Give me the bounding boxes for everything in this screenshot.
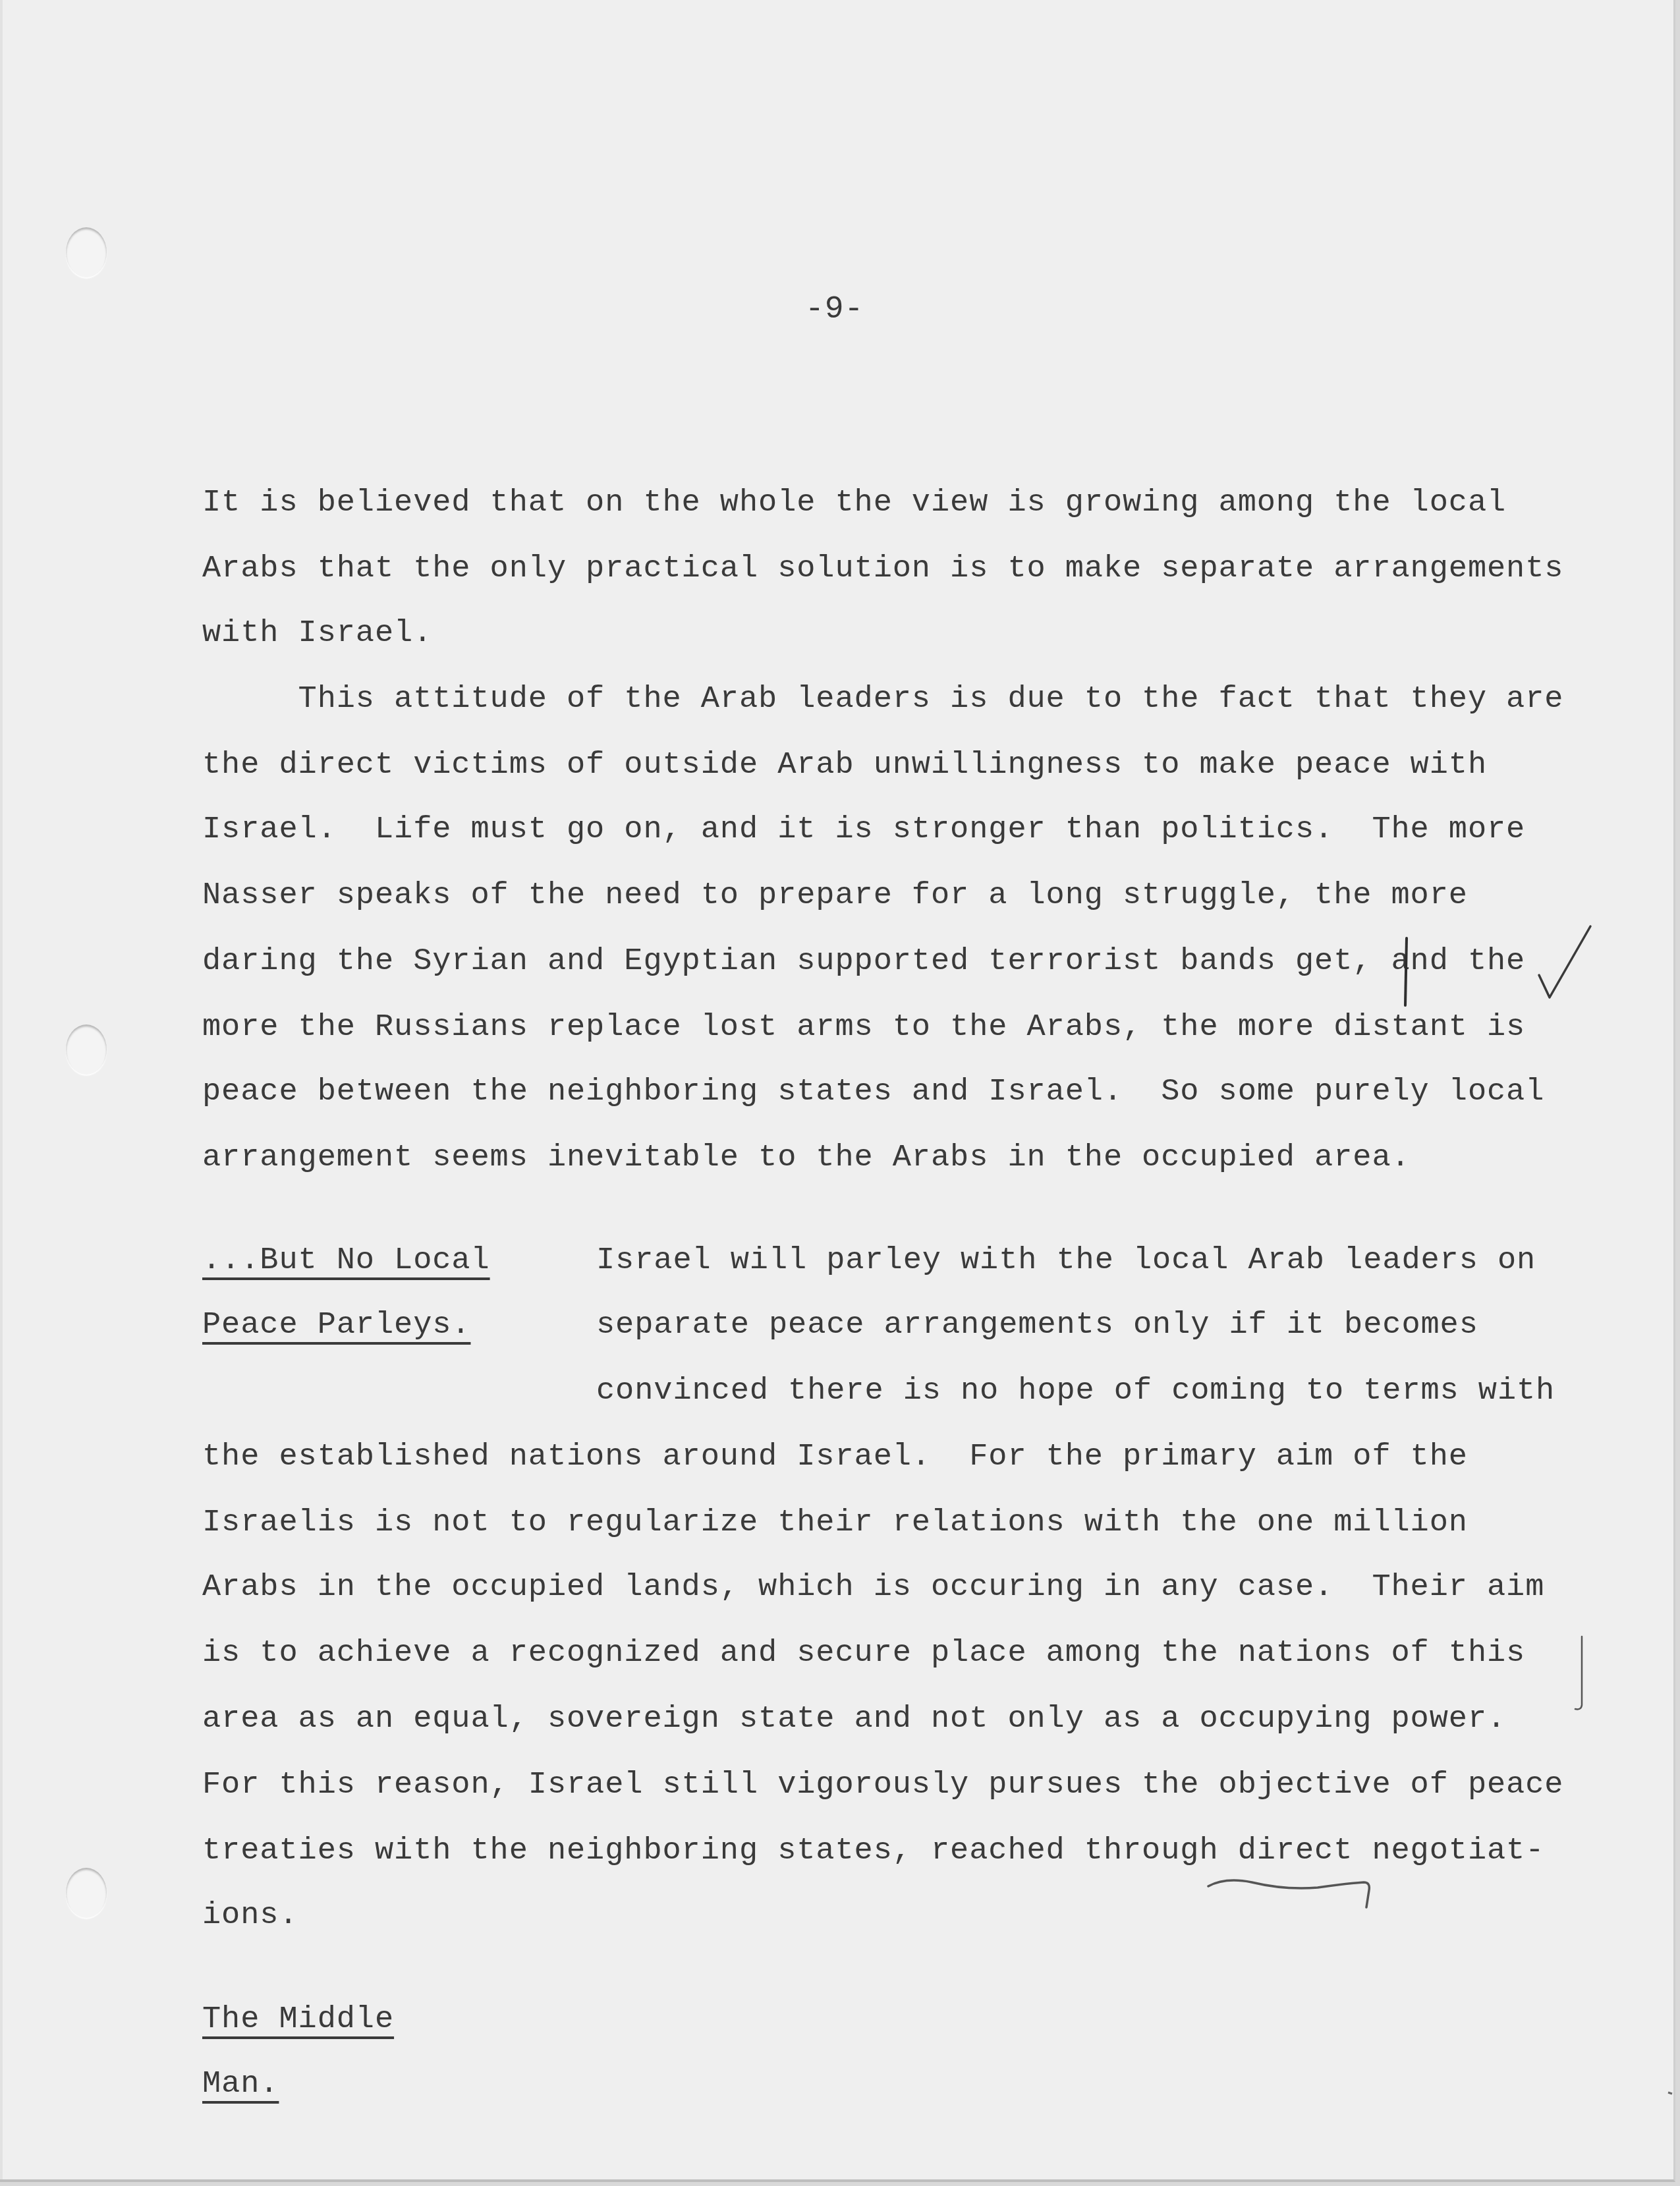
section-1-line-4: the established nations around Israel. F… xyxy=(202,1442,1468,1472)
section-1-line-6: Arabs in the occupied lands, which is oc… xyxy=(202,1572,1544,1603)
section-heading-no-local-peace-parleys-line-1: ...But No Local xyxy=(202,1245,490,1276)
page-number: -9- xyxy=(805,294,864,325)
paragraph-1-line-2: Arabs that the only practical solution i… xyxy=(202,553,1563,584)
section-1-line-1: Israel will parley with the local Arab l… xyxy=(596,1245,1536,1276)
paragraph-2-line-1: This attitude of the Arab leaders is due… xyxy=(202,684,1563,715)
punch-hole-bottom xyxy=(66,1868,107,1918)
section-1-line-10: treaties with the neighboring states, re… xyxy=(202,1836,1544,1866)
paragraph-2-line-5: daring the Syrian and Egyptian supported… xyxy=(202,946,1525,977)
section-heading-no-local-peace-parleys-line-2: Peace Parleys. xyxy=(202,1310,470,1341)
section-1-line-8: area as an equal, sovereign state and no… xyxy=(202,1704,1506,1735)
paragraph-1-line-1: It is believed that on the whole the vie… xyxy=(202,488,1506,518)
paragraph-1-line-3: with Israel. xyxy=(202,618,432,649)
section-1-line-7: is to achieve a recognized and secure pl… xyxy=(202,1638,1525,1669)
paragraph-2-line-3: Israel. Life must go on, and it is stron… xyxy=(202,814,1525,845)
wavy-underline-icon xyxy=(1206,1874,1377,1914)
checkmark-icon xyxy=(1535,922,1594,1001)
document-page: -9- It is believed that on the whole the… xyxy=(0,0,1675,2182)
section-1-line-2: separate peace arrangements only if it b… xyxy=(596,1310,1478,1341)
punch-hole-top xyxy=(66,227,107,277)
section-1-line-11: ions. xyxy=(202,1900,298,1931)
paragraph-2-line-8: arrangement seems inevitable to the Arab… xyxy=(202,1142,1411,1173)
section-heading-middle-man-line-1: The Middle xyxy=(202,2004,394,2035)
edge-tick-mark xyxy=(1667,2088,1673,2102)
paragraph-2-line-2: the direct victims of outside Arab unwil… xyxy=(202,750,1487,781)
punch-hole-middle xyxy=(66,1024,107,1075)
section-1-line-9: For this reason, Israel still vigorously… xyxy=(202,1770,1563,1801)
paragraph-2-line-7: peace between the neighboring states and… xyxy=(202,1077,1544,1107)
paragraph-2-line-6: more the Russians replace lost arms to t… xyxy=(202,1012,1525,1043)
margin-bracket-icon xyxy=(1571,1634,1587,1713)
section-heading-middle-man-line-2: Man. xyxy=(202,2069,279,2100)
section-1-line-5: Israelis is not to regularize their rela… xyxy=(202,1507,1468,1538)
paragraph-2-line-4: Nasser speaks of the need to prepare for… xyxy=(202,880,1468,911)
section-1-line-3: convinced there is no hope of coming to … xyxy=(596,1376,1555,1407)
